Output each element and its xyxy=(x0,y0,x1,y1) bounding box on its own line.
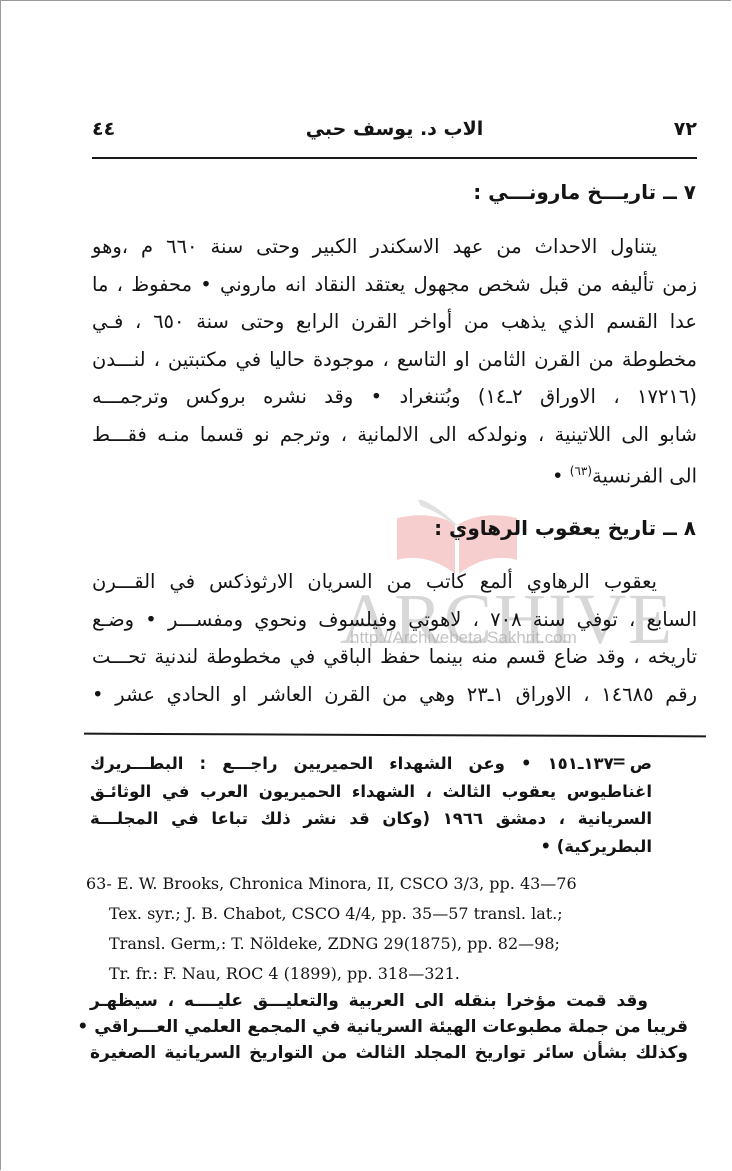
text-fragment: الى الفرنسية xyxy=(592,465,697,488)
footnote-ref-63[interactable]: (٦٣) xyxy=(570,464,592,478)
text-line: يعقوب الرهاوي ألمع كاتب من السريان الارث… xyxy=(92,563,697,601)
footnote-line: Transl. Germ,: T. Nöldeke, ZDNG 29(1875)… xyxy=(86,929,666,959)
section-heading-7: ٧ ــ تاريـــخ مارونـــي : xyxy=(473,180,696,204)
footnote-63: 63- E. W. Brooks, Chronica Minora, II, C… xyxy=(86,869,666,989)
footnote-line: وكذلك بشأن سائر تواريخ المجلد الثالث من … xyxy=(90,1040,688,1066)
footnote-line: البطريركية) • xyxy=(90,833,652,861)
section-8-body: يعقوب الرهاوي ألمع كاتب من السريان الارث… xyxy=(92,563,697,713)
end-mark: • xyxy=(552,465,564,488)
text-line: زمن تأليفه من قبل شخص مجهول يعتقد النقاد… xyxy=(92,266,697,304)
footnote-line: Tex. syr.; J. B. Chabot, CSCO 4/4, pp. 3… xyxy=(86,899,666,929)
footnote-line: قريبا من جملة مطبوعات الهيئة السريانية ف… xyxy=(90,1014,688,1040)
text-line: رقم ١٤٦٨٥ ، الاوراق ١ـ٢٣ وهي من القرن ال… xyxy=(92,676,697,714)
book-page: ٧٢ الاب د. يوسف حبي ٤٤ ٧ ــ تاريـــخ مار… xyxy=(92,0,704,1171)
text-line: شابو الى اللاتينية ، ونولدكه الى الالمان… xyxy=(92,416,697,454)
footnote-line: ص ١٣٧ـ١٥١ • وعن الشهداء الحميريين راجـــ… xyxy=(90,750,652,778)
footnote-separator xyxy=(84,733,706,738)
text-line: تاريخه ، وقد ضاع قسم منه بينما حفظ الباق… xyxy=(92,638,697,676)
footnote-63-arabic: وقد قمت مؤخرا بنقله الى العربية والتعليـ… xyxy=(90,988,688,1066)
footnote-line: 63- E. W. Brooks, Chronica Minora, II, C… xyxy=(86,869,666,899)
section-heading-8: ٨ ــ تاريخ يعقوب الرهاوي : xyxy=(434,516,696,540)
text-line: السابع ، توفي سنة ٧٠٨ ، لاهوتي وفيلسوف و… xyxy=(92,601,697,639)
footnote-line: Tr. fr.: F. Nau, ROC 4 (1899), pp. 318—3… xyxy=(86,959,666,989)
text-line: (١٧٢١٦ ، الاوراق ٢ـ١٤) وبُتنغراد • وقد ن… xyxy=(92,378,697,416)
footnote-arabic-continued: ص ١٣٧ـ١٥١ • وعن الشهداء الحميريين راجـــ… xyxy=(90,750,652,860)
header-rule xyxy=(92,157,697,159)
footnote-line: وقد قمت مؤخرا بنقله الى العربية والتعليـ… xyxy=(90,988,688,1014)
text-line: يتناول الاحداث من عهد الاسكندر الكبير وح… xyxy=(92,228,697,266)
page-number-left: ٤٤ xyxy=(92,118,115,140)
running-title: الاب د. يوسف حبي xyxy=(92,118,697,140)
footnote-line: اغناطيوس يعقوب الثالث ، الشهداء الحميريو… xyxy=(90,778,652,806)
text-line: عدا القسم الذي يذهب من أواخر القرن الراب… xyxy=(92,303,697,341)
text-line: مخطوطة من القرن الثامن او التاسع ، موجود… xyxy=(92,341,697,379)
text-line-last: الى الفرنسية(٦٣) • xyxy=(92,453,697,495)
section-7-body: يتناول الاحداث من عهد الاسكندر الكبير وح… xyxy=(92,228,697,495)
footnote-line: السريانية ، دمشق ١٩٦٦ (وكان قد نشر ذلك ت… xyxy=(90,805,652,833)
running-head: ٧٢ الاب د. يوسف حبي ٤٤ xyxy=(92,118,697,148)
